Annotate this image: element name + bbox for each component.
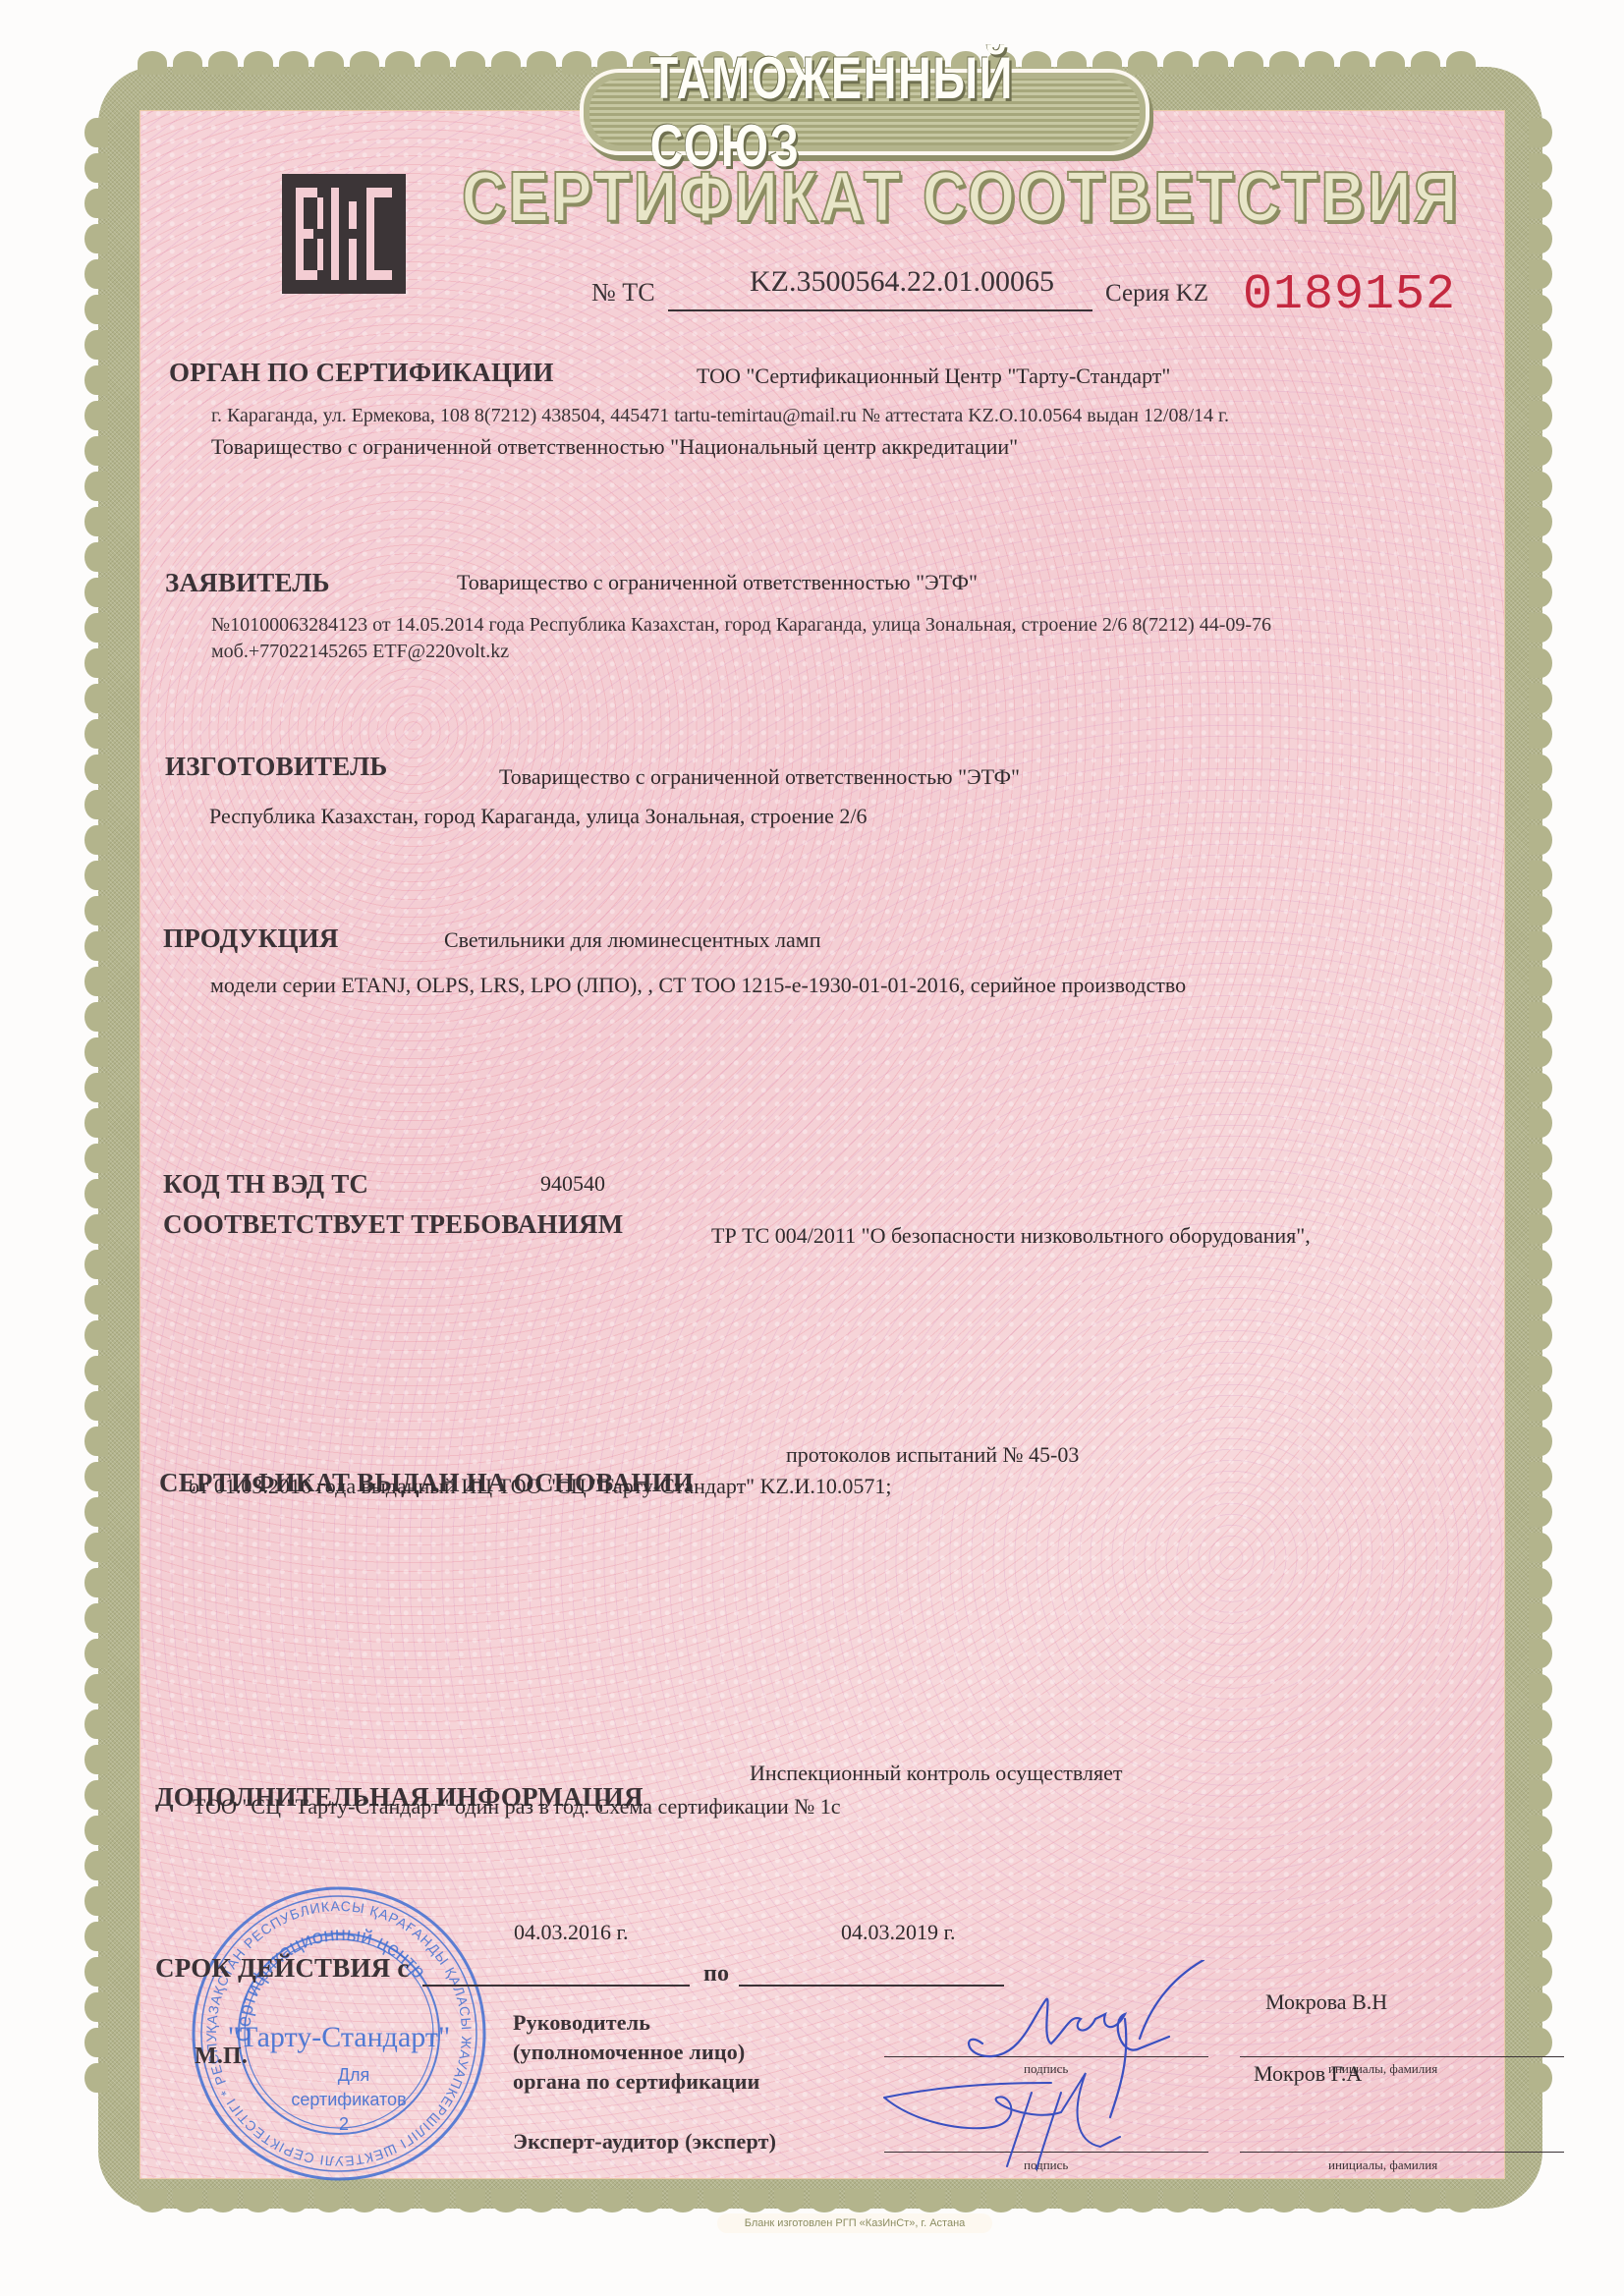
seal-stamp-icon: ҚАЗАҚСТАН РЕСПУБЛИКАСЫ ҚАРАҒАНДЫ ҚАЛАСЫ … [187, 1884, 491, 2184]
additional-info-line2: ТОО "СЦ "Тарту-Стандарт" один раз в год.… [193, 1794, 841, 1820]
border-scallops-left [84, 118, 108, 2093]
manufacturer-name: Товарищество с ограниченной ответственно… [499, 764, 1020, 790]
certification-body-accreditor: Товарищество с ограниченной ответственно… [211, 434, 1018, 460]
validity-to-date: 04.03.2019 г. [841, 1920, 956, 1945]
basis-issuer: от 01.03.2016 года выданный ИЦ ТОО "СЦ "… [189, 1474, 891, 1499]
requirements-label: СООТВЕТСТВУЕТ ТРЕБОВАНИЯМ [163, 1209, 623, 1240]
requirements-value: ТР ТС 004/2011 "О безопасности низковоль… [711, 1223, 1311, 1249]
expert-name: Мокров Г.А [1254, 2061, 1362, 2087]
head-name-line [1240, 2056, 1564, 2057]
head-label-2: (уполномоченное лицо) [513, 2040, 745, 2065]
series-number: 0189152 [1243, 267, 1456, 323]
certification-body-name: ТОО "Сертификационный Центр "Тарту-Станд… [697, 364, 1170, 389]
hs-code-label: КОД ТН ВЭД ТС [163, 1169, 368, 1200]
expert-name-caption: инициалы, фамилия [1328, 2157, 1437, 2173]
head-label-1: Руководитель [513, 2010, 650, 2036]
certification-body-label: ОРГАН ПО СЕРТИФИКАЦИИ [169, 358, 554, 388]
validity-label: СРОК ДЕЙСТВИЯ с [155, 1953, 410, 1984]
cert-number: KZ.3500564.22.01.00065 [750, 265, 1054, 299]
svg-text:2: 2 [339, 2114, 349, 2134]
validity-from-date: 04.03.2016 г. [514, 1920, 629, 1945]
svg-text:"Тарту-Стандарт": "Тарту-Стандарт" [228, 2021, 450, 2053]
customs-union-banner: ТАМОЖЕННЫЙ СОЮЗ [580, 69, 1149, 155]
cert-number-underline [668, 309, 1092, 311]
blank-printer-note: Бланк изготовлен РГП «КазИнСт», г. Астан… [717, 2213, 992, 2233]
product-name: Светильники для люминесцентных ламп [444, 927, 821, 953]
cert-number-label: № ТС [591, 278, 655, 308]
basis-protocols: протоколов испытаний № 45-03 [786, 1442, 1079, 1468]
product-details: модели серии ETANJ, OLPS, LRS, LPO (ЛПО)… [210, 973, 1186, 998]
certification-body-details: г. Караганда, ул. Ермекова, 108 8(7212) … [211, 405, 1229, 427]
border-scallops-right [1529, 118, 1552, 2093]
validity-from-line [422, 1985, 690, 1987]
applicant-name: Товарищество с ограниченной ответственно… [457, 570, 978, 595]
applicant-contacts: моб.+77022145265 ETF@220volt.kz [211, 641, 509, 663]
expert-label: Эксперт-аудитор (эксперт) [513, 2129, 776, 2155]
border-scallops-bottom [138, 2189, 1476, 2212]
manufacturer-label: ИЗГОТОВИТЕЛЬ [165, 752, 387, 782]
applicant-label: ЗАЯВИТЕЛЬ [165, 568, 330, 598]
expert-name-line [1240, 2152, 1564, 2153]
head-label-3: органа по сертификации [513, 2069, 759, 2095]
svg-text:сертификатов: сертификатов [291, 2090, 406, 2109]
validity-to-label: по [703, 1961, 729, 1988]
certificate-title: СЕРТИФИКАТ СООТВЕТСТВИЯ [462, 157, 1460, 238]
series-label: Серия KZ [1105, 280, 1208, 308]
hs-code-value: 940540 [540, 1171, 605, 1197]
manufacturer-address: Республика Казахстан, город Караганда, у… [209, 804, 868, 829]
applicant-details: №10100063284123 от 14.05.2014 года Респу… [211, 614, 1271, 637]
product-label: ПРОДУКЦИЯ [163, 924, 339, 954]
svg-text:Для: Для [338, 2065, 369, 2085]
eac-logo-icon [282, 174, 406, 294]
stamp-place-label: М.П. [195, 2044, 248, 2070]
additional-info-line1: Инспекционный контроль осуществляет [750, 1761, 1122, 1786]
head-name: Мокрова В.Н [1265, 1989, 1387, 2015]
expert-signature-icon [874, 2053, 1189, 2171]
